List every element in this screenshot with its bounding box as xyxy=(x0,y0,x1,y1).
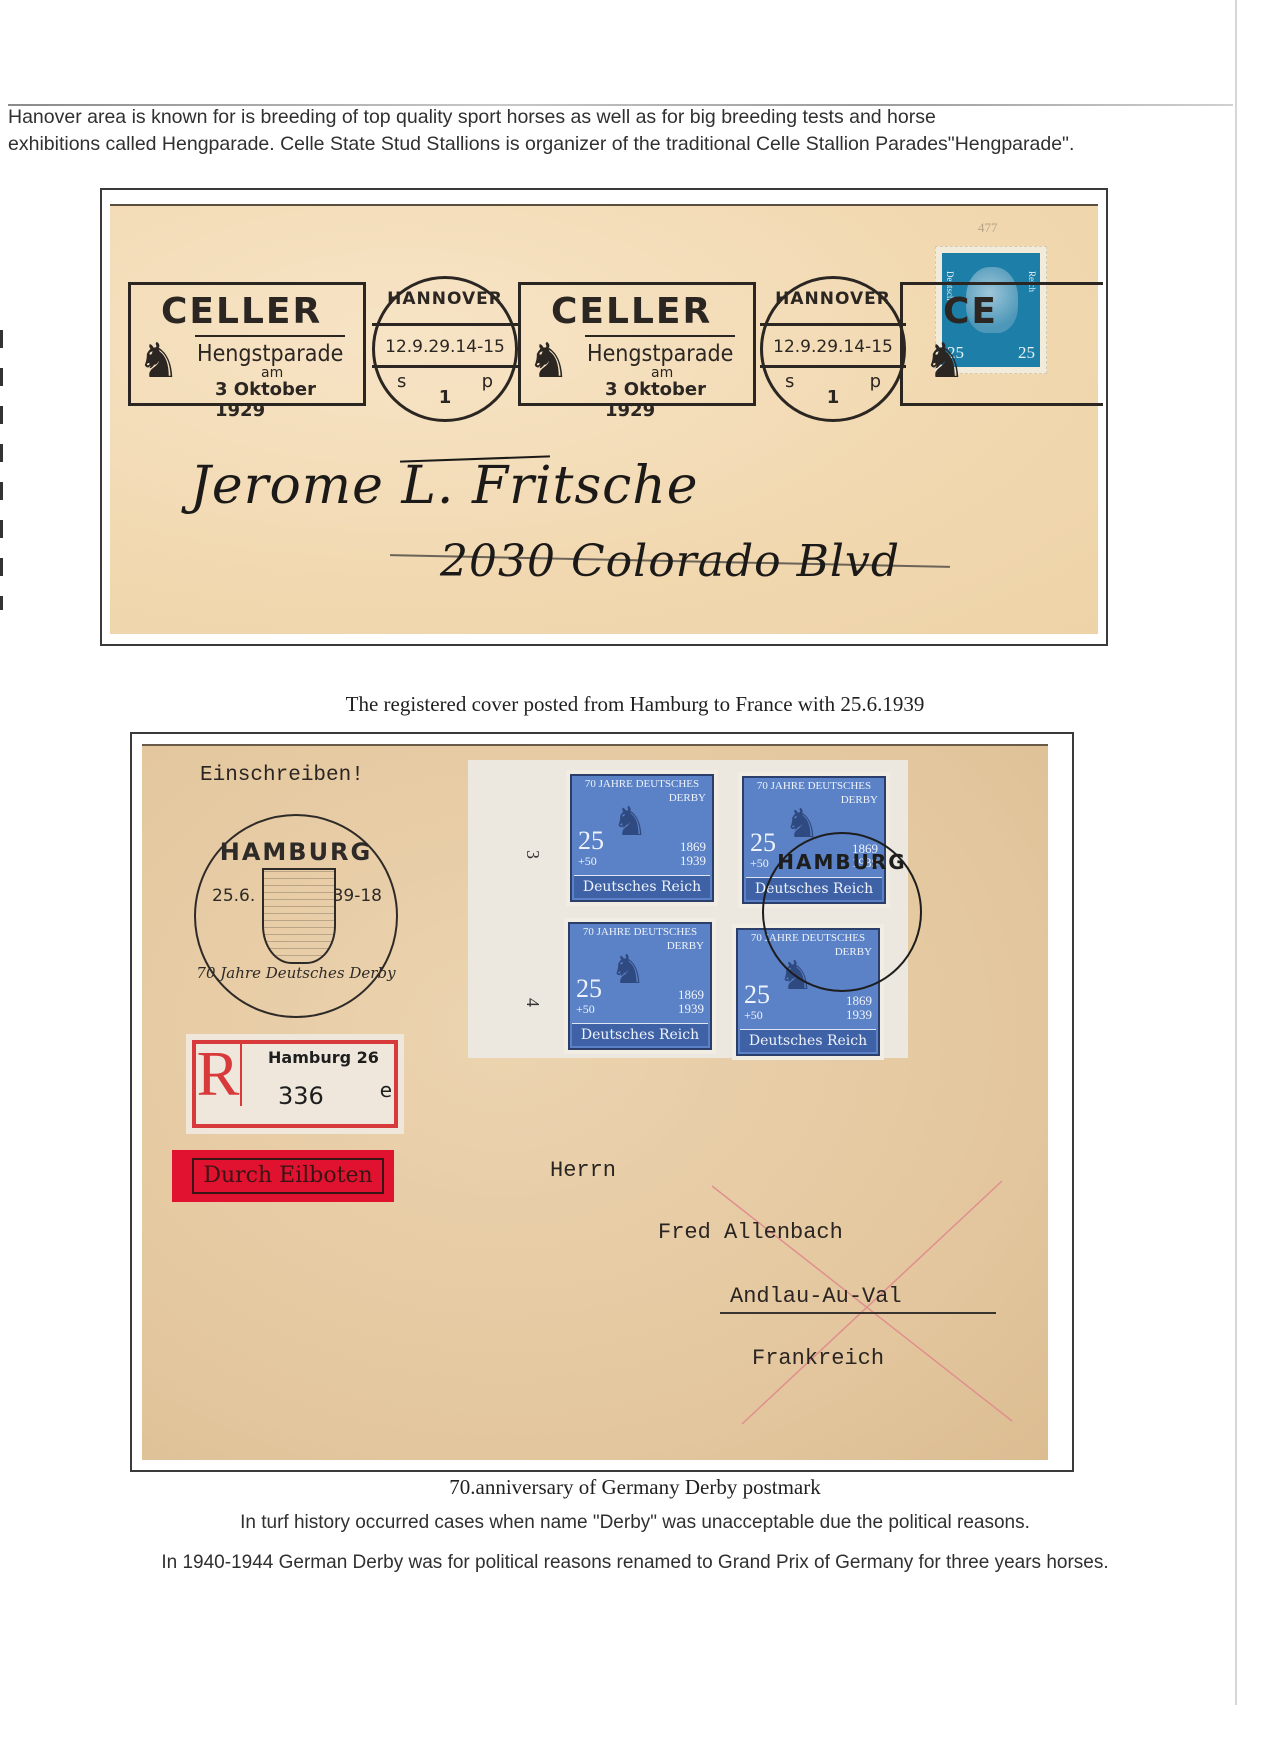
datestamp-bar xyxy=(372,365,518,368)
stamp-surcharge: +50 xyxy=(578,854,597,869)
address-street: 2030 Colorado Blvd xyxy=(440,536,900,587)
hannover-datestamp-1: HANNOVER 12.9.29.14-15 s p 1 xyxy=(372,276,518,422)
slogan-title: CELLER xyxy=(161,291,322,332)
horse-icon: ♞ xyxy=(137,337,180,385)
stamp-title: 70 JAHRE DEUTSCHES xyxy=(748,780,880,792)
slogan-date: 3 Oktober 1929 xyxy=(215,379,363,421)
datestamp-date: 12.9.29.14-15 xyxy=(763,337,903,357)
horse-rider-icon: ♞ xyxy=(612,802,648,842)
datestamp-bar xyxy=(760,365,906,368)
sheet-margin-number: 3 xyxy=(522,850,543,859)
slogan-event: Hengstparade xyxy=(587,341,733,367)
caption-derby-postmark: 70.anniversary of Germany Derby postmark xyxy=(0,1475,1270,1500)
stamp-value: 25 xyxy=(744,984,770,1006)
slogan-event: Hengstparade xyxy=(197,341,343,367)
binder-edge-marks xyxy=(0,330,3,610)
cover-1-envelope: 477 CELLER ♞ Hengstparade am 3 Oktober 1… xyxy=(110,204,1098,634)
pencil-note: 477 xyxy=(978,220,998,236)
page-edge-line xyxy=(1235,0,1237,1705)
derby-stamp: 70 JAHRE DEUTSCHES DERBY ♞ 25 +50 186919… xyxy=(564,918,716,1054)
address-salutation: Herrn xyxy=(550,1158,616,1183)
footer-line-2: In 1940-1944 German Derby was for politi… xyxy=(0,1552,1270,1574)
express-text: Durch Eilboten xyxy=(192,1158,384,1194)
address-city: Andlau-Au-Val xyxy=(730,1284,902,1309)
postmark-date-left: 25.6. xyxy=(212,886,255,906)
stamp-subtitle: DERBY xyxy=(841,794,878,806)
cover-1-frame: 477 CELLER ♞ Hengstparade am 3 Oktober 1… xyxy=(100,188,1108,646)
cover-2-envelope: Einschreiben! HAMBURG 25.6. 39-18 70 Jah… xyxy=(142,744,1048,1460)
hannover-datestamp-2: HANNOVER 12.9.29.14-15 s p 1 xyxy=(760,276,906,422)
slogan-date: 3 Oktober 1929 xyxy=(605,379,753,421)
address-country: Frankreich xyxy=(752,1346,884,1371)
address-name: Jerome L. Fritsche xyxy=(190,456,699,516)
intro-line-2: exhibitions called Hengparade. Celle Sta… xyxy=(8,131,1228,158)
hamburg-cancel-on-stamps: HAMBURG xyxy=(762,832,922,992)
stamp-value: 25 xyxy=(576,978,602,1000)
registered-header: Einschreiben! xyxy=(200,764,364,787)
registration-number: 336 xyxy=(278,1082,324,1110)
postmark-date-right: 39-18 xyxy=(333,886,382,906)
stamp-country: Deutsches Reich xyxy=(572,1023,708,1046)
stamp-value: 25 xyxy=(578,830,604,852)
footer-line-1: In turf history occurred cases when name… xyxy=(0,1512,1270,1534)
datestamp-number: 1 xyxy=(375,387,515,408)
slogan-cancel-2: CELLER ♞ Hengstparade am 3 Oktober 1929 xyxy=(518,282,756,406)
horse-icon: ♞ xyxy=(923,337,966,385)
address-underline xyxy=(720,1312,996,1314)
postmark-city: HAMBURG xyxy=(196,838,396,866)
stamp-surcharge: +50 xyxy=(576,1002,595,1017)
express-label: Durch Eilboten xyxy=(172,1150,394,1202)
slogan-title: CELLER xyxy=(551,291,712,332)
slogan-rule xyxy=(195,335,345,337)
cancel-city: HAMBURG xyxy=(764,850,920,874)
intro-line-1: Hanover area is known for is breeding of… xyxy=(8,104,1228,131)
datestamp-number: 1 xyxy=(763,387,903,408)
datestamp-bar xyxy=(760,323,906,326)
stamp-country: Deutsches Reich xyxy=(740,1029,876,1052)
stamp-title: 70 JAHRE DEUTSCHES xyxy=(574,926,706,938)
datestamp-city: HANNOVER xyxy=(375,289,515,309)
registration-suffix: e xyxy=(380,1078,392,1102)
horse-rider-icon: ♞ xyxy=(610,950,646,990)
slogan-rule xyxy=(585,335,735,337)
horse-icon: ♞ xyxy=(527,337,570,385)
stamp-title: 70 JAHRE DEUTSCHES xyxy=(576,778,708,790)
sheet-margin-number: 4 xyxy=(522,998,543,1007)
stamp-years: 18691939 xyxy=(680,840,706,868)
address-name: Fred Allenbach xyxy=(658,1220,843,1245)
hamburg-derby-postmark: HAMBURG 25.6. 39-18 70 Jahre Deutsches D… xyxy=(194,814,398,1018)
postmark-banner: 70 Jahre Deutsches Derby xyxy=(196,964,396,982)
cover-2-frame: Einschreiben! HAMBURG 25.6. 39-18 70 Jah… xyxy=(130,732,1074,1472)
datestamp-date: 12.9.29.14-15 xyxy=(375,337,515,357)
derby-stamp: 70 JAHRE DEUTSCHES DERBY ♞ 25 +50 186919… xyxy=(566,770,718,906)
slogan-cancel-1: CELLER ♞ Hengstparade am 3 Oktober 1929 xyxy=(128,282,366,406)
datestamp-city: HANNOVER xyxy=(763,289,903,309)
datestamp-bar xyxy=(372,323,518,326)
registration-label: R Hamburg 26 336 e xyxy=(186,1034,404,1134)
registration-r-icon: R xyxy=(196,1042,242,1106)
stamp-subtitle: DERBY xyxy=(667,940,704,952)
slogan-title-partial: CE xyxy=(943,291,998,332)
stamp-years: 18691939 xyxy=(678,988,704,1016)
caption-registered-cover: The registered cover posted from Hamburg… xyxy=(0,692,1270,717)
stamp-surcharge: +50 xyxy=(744,1008,763,1023)
registration-office: Hamburg 26 xyxy=(268,1048,379,1067)
slogan-cancel-3-partial: CE ♞ xyxy=(900,282,1103,406)
stamp-years: 18691939 xyxy=(846,994,872,1022)
stamp-country: Deutsches Reich xyxy=(574,875,710,898)
hamburg-coat-of-arms-icon xyxy=(262,868,336,964)
stamp-subtitle: DERBY xyxy=(669,792,706,804)
intro-text: Hanover area is known for is breeding of… xyxy=(8,104,1228,158)
